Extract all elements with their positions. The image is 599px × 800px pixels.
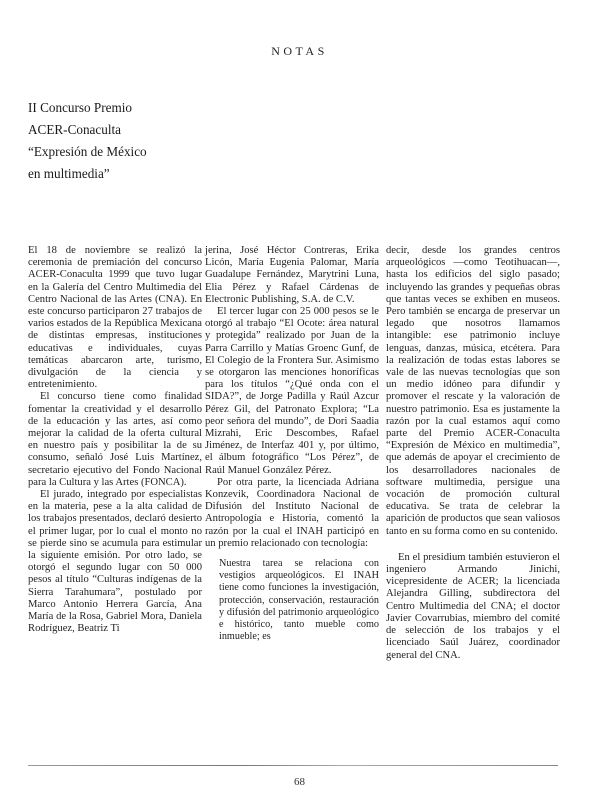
title-line: “Expresión de México bbox=[28, 141, 147, 163]
footer-rule bbox=[28, 765, 558, 766]
paragraph: El concurso tiene como finalidad fomenta… bbox=[28, 391, 202, 489]
title-line: ACER-Conaculta bbox=[28, 119, 147, 141]
paragraph: jerina, José Héctor Contreras, Erika Lic… bbox=[205, 245, 379, 306]
paragraph: decir, desde los grandes centros arqueol… bbox=[386, 245, 560, 538]
column-left: El 18 de noviembre se realizó la ceremon… bbox=[28, 245, 202, 636]
paragraph: Por otra parte, la licenciada Adriana Ko… bbox=[205, 477, 379, 550]
column-middle: jerina, José Héctor Contreras, Erika Lic… bbox=[205, 245, 379, 644]
paragraph: El tercer lugar con 25 000 pesos se le o… bbox=[205, 306, 379, 477]
paragraph: En el presidium también estuvieron el in… bbox=[386, 552, 560, 662]
title-line: II Concurso Premio bbox=[28, 97, 147, 119]
article-title: II Concurso Premio ACER-Conaculta “Expre… bbox=[28, 97, 147, 185]
paragraph: El jurado, integrado por especialistas e… bbox=[28, 489, 202, 635]
title-line: en multimedia” bbox=[28, 163, 147, 185]
column-right: decir, desde los grandes centros arqueol… bbox=[386, 245, 560, 662]
paragraph: El 18 de noviembre se realizó la ceremon… bbox=[28, 245, 202, 391]
section-header: NOTAS bbox=[0, 44, 599, 59]
page-number: 68 bbox=[0, 776, 599, 788]
block-quote: Nuestra tarea se relaciona con vestigios… bbox=[219, 558, 379, 643]
